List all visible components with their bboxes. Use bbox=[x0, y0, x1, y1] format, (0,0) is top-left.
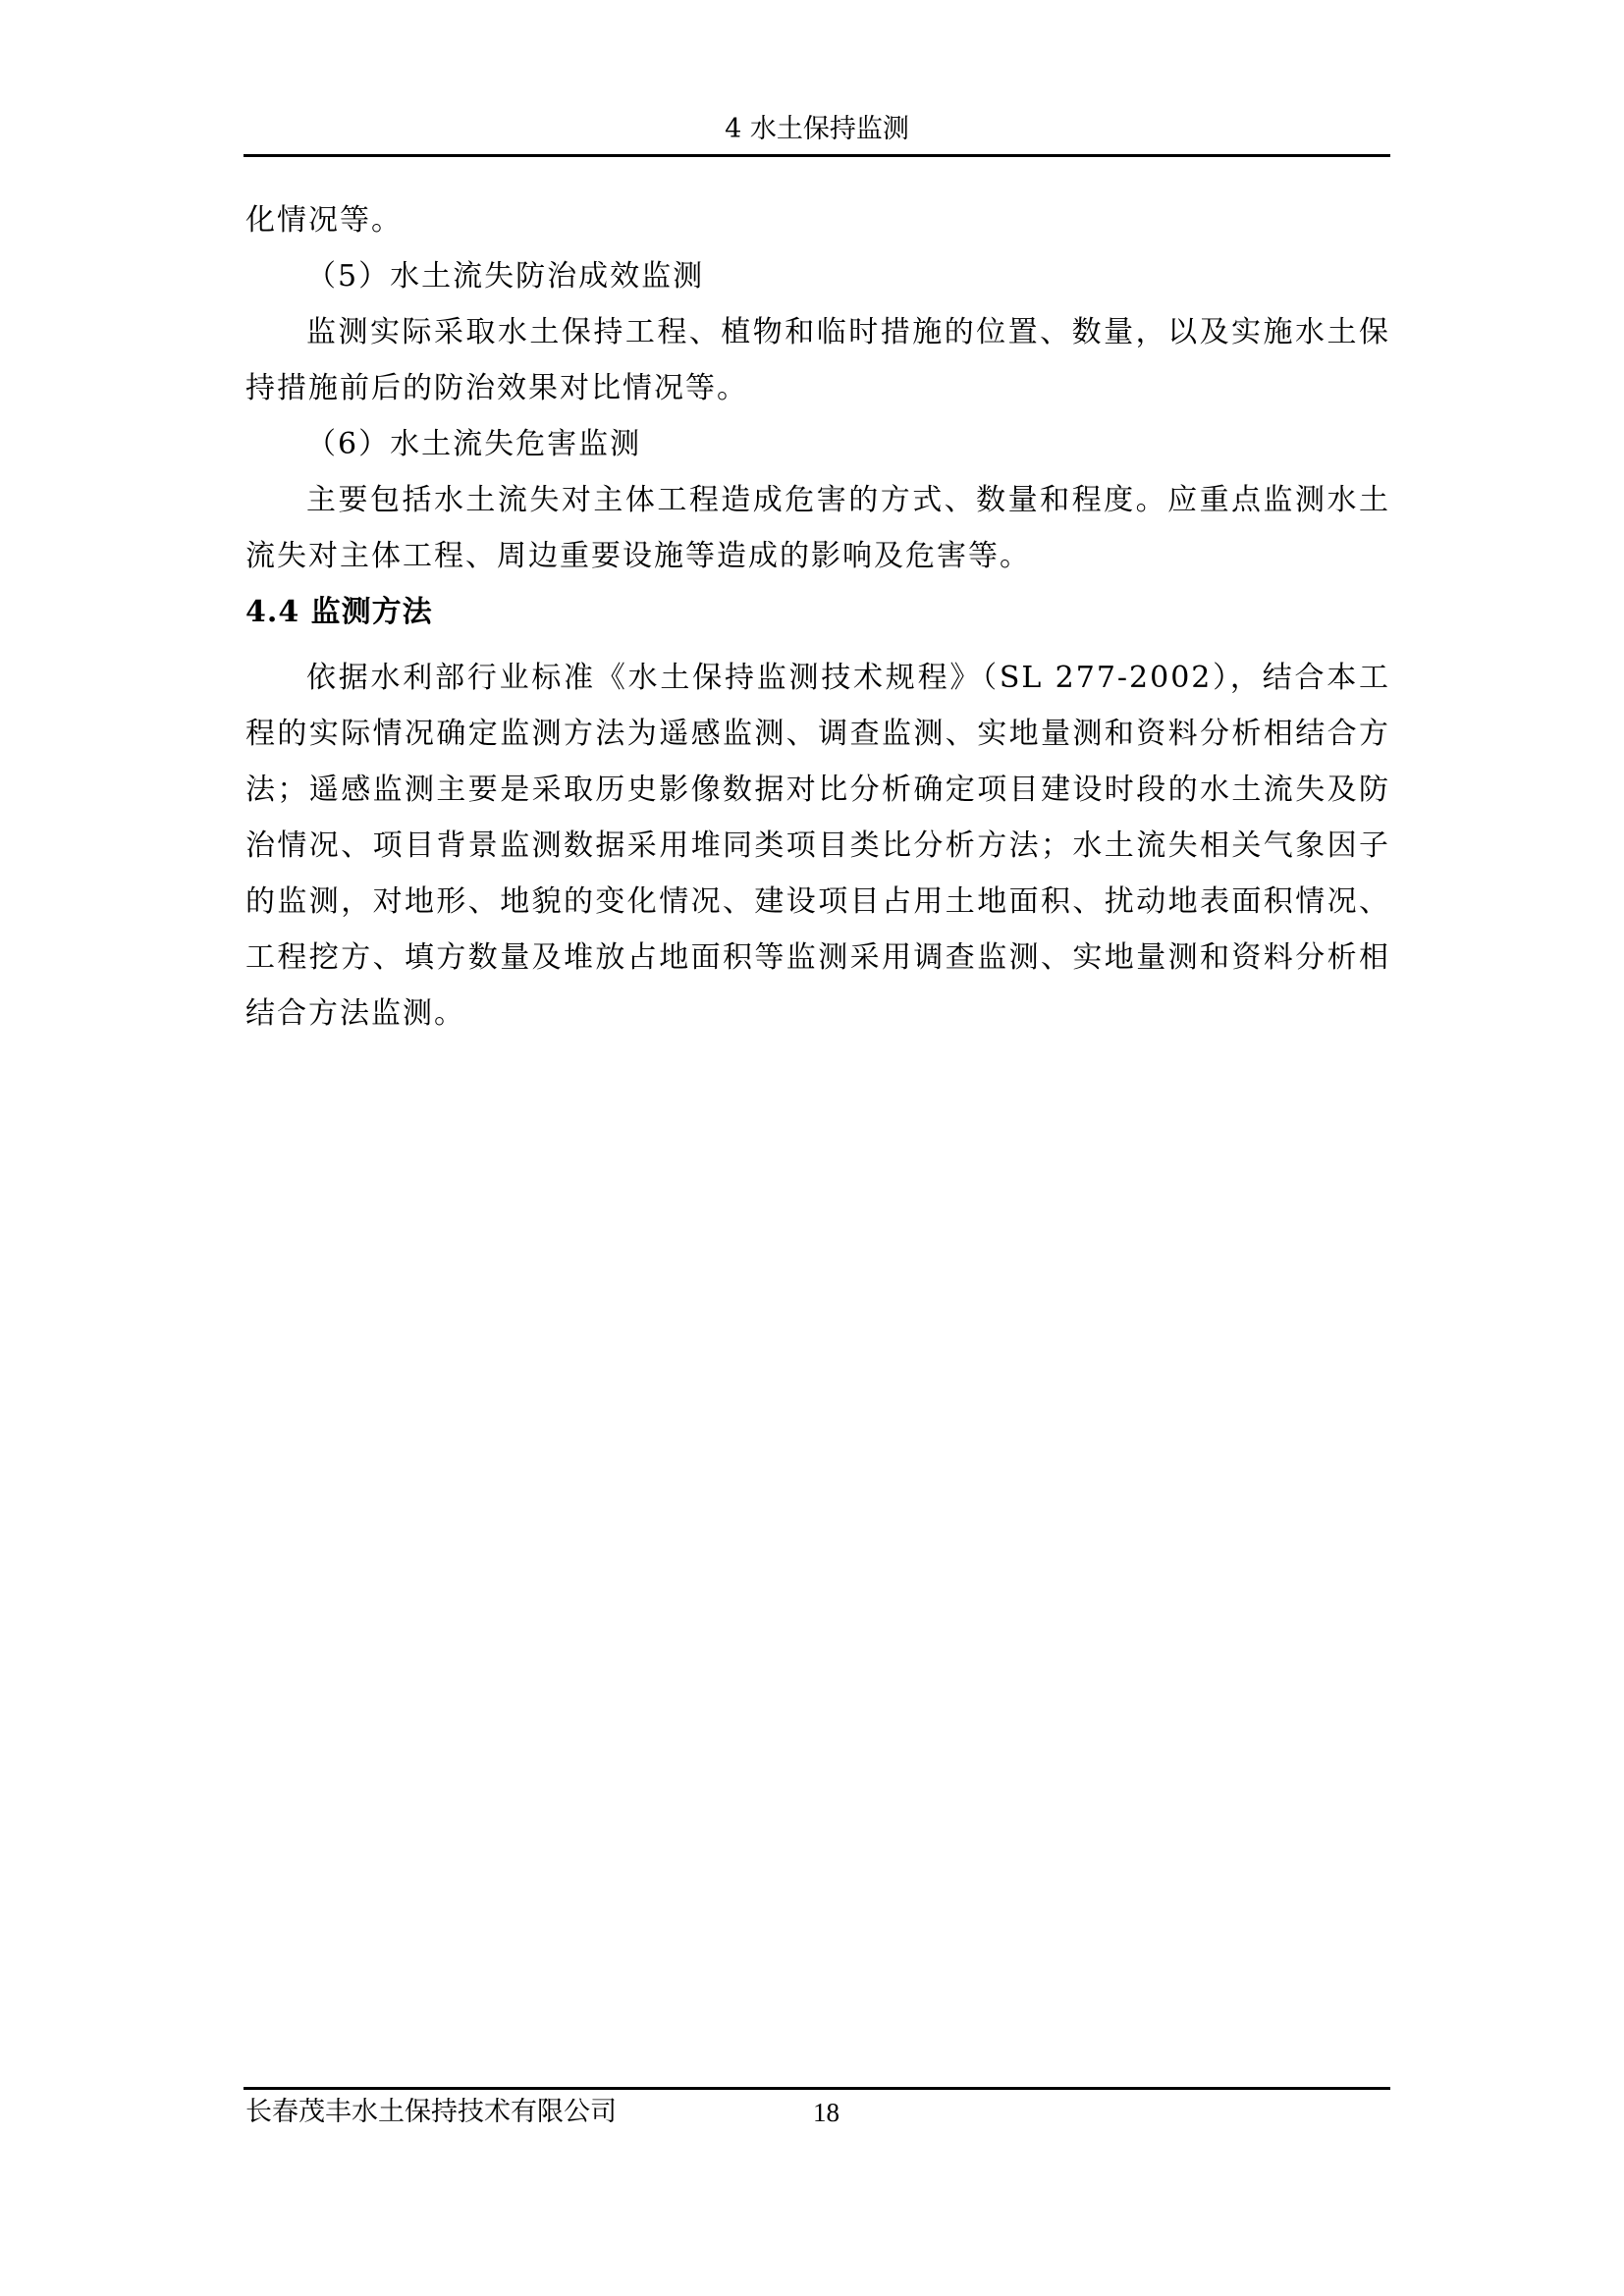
footer-company: 长春茂丰水土保持技术有限公司 bbox=[245, 2095, 617, 2130]
page-footer: 长春茂丰水土保持技术有限公司 18 bbox=[245, 2095, 1392, 2134]
continued-paragraph: 化情况等。 bbox=[245, 192, 1390, 248]
page-number: 18 bbox=[813, 2095, 839, 2130]
header-divider bbox=[244, 154, 1390, 157]
document-body: 化情况等。 （5）水土流失防治成效监测 监测实际采取水土保持工程、植物和临时措施… bbox=[245, 192, 1390, 1041]
page-header: 4 水土保持监测 bbox=[244, 110, 1390, 155]
item-5-body: 监测实际采取水土保持工程、植物和临时措施的位置、数量，以及实施水土保持措施前后的… bbox=[245, 304, 1390, 416]
section-body: 依据水利部行业标准《水土保持监测技术规程》（SL 277-2002），结合本工程… bbox=[245, 650, 1390, 1041]
section-heading: 4.4 监测方法 bbox=[245, 584, 1390, 640]
item-6-title: （6）水土流失危害监测 bbox=[245, 416, 1390, 472]
footer-divider bbox=[244, 2087, 1390, 2090]
item-6-body: 主要包括水土流失对主体工程造成危害的方式、数量和程度。应重点监测水土流失对主体工… bbox=[245, 472, 1390, 584]
item-5-title: （5）水土流失防治成效监测 bbox=[245, 248, 1390, 304]
header-title: 4 水土保持监测 bbox=[725, 114, 909, 144]
